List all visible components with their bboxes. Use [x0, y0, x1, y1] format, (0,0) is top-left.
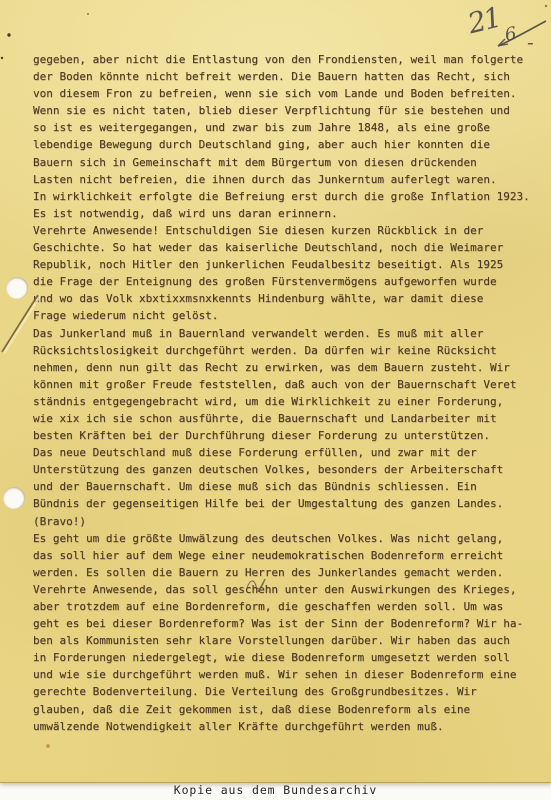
punch-hole-bottom [3, 487, 25, 509]
archive-footer-caption: Kopie aus dem Bundesarchiv [0, 783, 551, 800]
typewritten-text: gegeben, aber nicht die Entlastung von d… [33, 51, 530, 735]
punch-hole-top [6, 277, 28, 299]
handwritten-margin-dash: - [527, 30, 534, 54]
